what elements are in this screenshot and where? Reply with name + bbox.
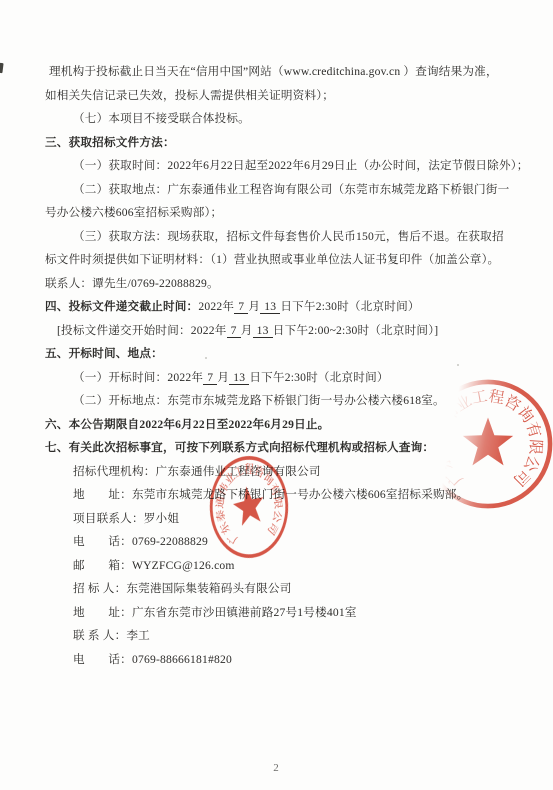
scan-artifact-mark bbox=[0, 63, 4, 73]
doc-text-segment: 邮 箱：WYZFCG@126.com bbox=[73, 559, 235, 572]
doc-text-segment: 月 bbox=[217, 371, 229, 384]
doc-text-segment: 月 bbox=[248, 300, 260, 313]
doc-text-segment: 三、获取招标文件方法： bbox=[45, 136, 175, 149]
doc-line: 四、投标文件递交截止时间：2022年 7 月 13 日下午2:30时（北京时间） bbox=[45, 295, 535, 319]
doc-line: 如相关失信记录已失效，投标人需提供相关证明资料）； bbox=[45, 84, 535, 108]
doc-text-segment: 四、投标文件递交截止时间： bbox=[45, 300, 198, 313]
doc-line: 五、开标时间、地点： bbox=[45, 342, 535, 366]
doc-line: 理机构于投标截止日当天在“信用中国”网站（www.creditchina.gov… bbox=[45, 60, 535, 84]
doc-line: （二）开标地点：东莞市东城莞龙路下桥银门街一号办公楼六楼618室。 bbox=[45, 389, 535, 413]
doc-text-segment: 五、开标时间、地点： bbox=[45, 347, 163, 360]
doc-text-segment: 日下午2:30时（北京时间） bbox=[249, 371, 388, 384]
doc-text-segment: 号办公楼六楼606室招标采购部）； bbox=[45, 206, 222, 219]
doc-text-segment: 月 bbox=[241, 324, 253, 337]
doc-text-segment: 13 bbox=[253, 324, 273, 338]
doc-line: 地 址：东莞市东城莞龙路下桥银门街一号办公楼六楼606室招标采购部。 bbox=[45, 483, 535, 507]
doc-line: 招 标 人：东莞港国际集装箱码头有限公司 bbox=[45, 577, 535, 601]
doc-line: 招标代理机构：广东泰通伟业工程咨询有限公司 bbox=[45, 460, 535, 484]
doc-line: 电 话：0769-88666181#820 bbox=[45, 648, 535, 672]
doc-line: 三、获取招标文件方法： bbox=[45, 131, 535, 155]
doc-text-segment: 如相关失信记录已失效，投标人需提供相关证明资料）； bbox=[45, 89, 334, 102]
doc-line: [投标文件递交开始时间：2022年 7 月 13 日下午2:00~2:30时（北… bbox=[45, 319, 535, 343]
doc-text-segment: （三）获取方法：现场获取，招标文件每套售价人民币150元，售后不退。在获取招 bbox=[73, 230, 504, 243]
doc-line: 邮 箱：WYZFCG@126.com bbox=[45, 554, 535, 578]
doc-text-segment: 7 bbox=[234, 300, 248, 314]
doc-line: 联 系 人：李工 bbox=[45, 624, 535, 648]
doc-text-segment: 标文件时须提供如下证明材料：（1）营业执照或事业单位法人证书复印件（加盖公章）。 bbox=[45, 253, 499, 266]
document-page: 理机构于投标截止日当天在“信用中国”网站（www.creditchina.gov… bbox=[0, 0, 553, 790]
doc-text-segment: （二）开标地点：东莞市东城莞龙路下桥银门街一号办公楼六楼618室。 bbox=[73, 394, 445, 407]
doc-text-column: 理机构于投标截止日当天在“信用中国”网站（www.creditchina.gov… bbox=[45, 60, 535, 671]
doc-line: （三）获取方法：现场获取，招标文件每套售价人民币150元，售后不退。在获取招 bbox=[45, 225, 535, 249]
doc-text-segment: 七、有关此次招标事宜，可按下列联系方式向招标代理机构或招标人查询： bbox=[45, 441, 434, 454]
doc-line: 地 址：广东省东莞市沙田镇港前路27号1号楼401室 bbox=[45, 601, 535, 625]
doc-text-segment: 电 话：0769-88666181#820 bbox=[73, 653, 232, 666]
doc-text-segment: 招标代理机构：广东泰通伟业工程咨询有限公司 bbox=[73, 465, 321, 478]
doc-line: 电 话：0769-22088829 bbox=[45, 530, 535, 554]
doc-text-segment: 联 系 人：李工 bbox=[73, 629, 150, 642]
doc-text-segment: 7 bbox=[203, 371, 217, 385]
doc-line: 七、有关此次招标事宜，可按下列联系方式向招标代理机构或招标人查询： bbox=[45, 436, 535, 460]
doc-text-segment: 地 址：东莞市东城莞龙路下桥银门街一号办公楼六楼606室招标采购部。 bbox=[73, 488, 468, 501]
doc-text-segment: （二）获取地点：广东泰通伟业工程咨询有限公司（东莞市东城莞龙路下桥银门街一 bbox=[73, 183, 509, 196]
doc-text-segment: （七）本项目不接受联合体投标。 bbox=[73, 112, 250, 125]
doc-line: 标文件时须提供如下证明材料：（1）营业执照或事业单位法人证书复印件（加盖公章）。 bbox=[45, 248, 535, 272]
doc-line: （二）获取地点：广东泰通伟业工程咨询有限公司（东莞市东城莞龙路下桥银门街一 bbox=[45, 178, 535, 202]
doc-text-segment: 日下午2:30时（北京时间） bbox=[280, 300, 419, 313]
doc-text-segment: 2022年 bbox=[198, 300, 234, 313]
doc-text-segment: （一）开标时间：2022年 bbox=[73, 371, 203, 384]
doc-text-segment: 联系人：谭先生/0769-22088829。 bbox=[45, 277, 219, 290]
page-number: 2 bbox=[0, 762, 553, 774]
doc-line: 项目联系人：罗小姐 bbox=[45, 507, 535, 531]
doc-text-segment: 日下午2:00~2:30时（北京时间）] bbox=[273, 324, 439, 337]
doc-line: （一）获取时间：2022年6月22日起至2022年6月29日止（办公时间，法定节… bbox=[45, 154, 535, 178]
doc-line: （七）本项目不接受联合体投标。 bbox=[45, 107, 535, 131]
doc-text-segment: （一）获取时间：2022年6月22日起至2022年6月29日止（办公时间，法定节… bbox=[73, 159, 529, 172]
doc-text-segment: 地 址：广东省东莞市沙田镇港前路27号1号楼401室 bbox=[73, 606, 357, 619]
doc-text-segment: 7 bbox=[227, 324, 241, 338]
doc-line: （一）开标时间：2022年 7 月 13 日下午2:30时（北京时间） bbox=[45, 366, 535, 390]
doc-text-segment: [投标文件递交开始时间：2022年 bbox=[57, 324, 227, 337]
doc-text-segment: 理机构于投标截止日当天在“信用中国”网站（www.creditchina.gov… bbox=[49, 65, 498, 78]
doc-text-segment: 招 标 人：东莞港国际集装箱码头有限公司 bbox=[73, 582, 292, 595]
doc-text-segment: 六、本公告期限自2022年6月22日至2022年6月29日止。 bbox=[45, 418, 329, 431]
doc-line: 号办公楼六楼606室招标采购部）； bbox=[45, 201, 535, 225]
doc-line: 联系人：谭先生/0769-22088829。 bbox=[45, 272, 535, 296]
doc-text-segment: 项目联系人：罗小姐 bbox=[73, 512, 179, 525]
doc-text-segment: 13 bbox=[260, 300, 280, 314]
doc-text-segment: 电 话：0769-22088829 bbox=[73, 535, 208, 548]
doc-text-segment: 13 bbox=[229, 371, 249, 385]
doc-line: 六、本公告期限自2022年6月22日至2022年6月29日止。 bbox=[45, 413, 535, 437]
